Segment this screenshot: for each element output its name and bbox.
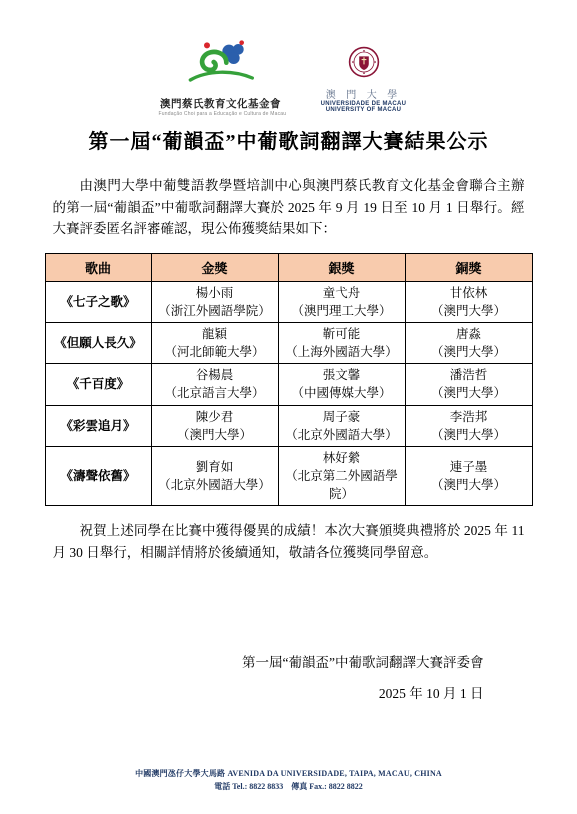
header-logos: 澳門蔡氏教育文化基金會 Fundação Choi para a Educaçã… xyxy=(0,0,577,117)
page-title: 第一屆“葡韻盃”中葡歌詞翻譯大賽結果公示 xyxy=(0,125,577,154)
winner-school: （北京語言大學） xyxy=(154,384,276,402)
silver-cell: 林好縈 （北京第二外國語學院） xyxy=(278,446,405,505)
column-header-bronze: 銅獎 xyxy=(405,253,532,281)
winner-name: 童弋舟 xyxy=(281,284,403,302)
footer-address: 中國澳門氹仔大學大馬路 AVENIDA DA UNIVERSIDADE, TAI… xyxy=(0,768,577,779)
bronze-cell: 李浩邦 （澳門大學） xyxy=(405,405,532,446)
foundation-swirl-icon xyxy=(187,75,255,92)
song-cell: 《濤聲依舊》 xyxy=(45,446,151,505)
silver-cell: 童弋舟 （澳門理工大學） xyxy=(278,281,405,322)
winner-school: （北京外國語大學） xyxy=(154,476,276,494)
intro-paragraph: 由澳門大學中葡雙語教學暨培訓中心與澳門蔡氏教育文化基金會聯合主辦的第一屆“葡韻盃… xyxy=(53,175,525,240)
page-footer: 中國澳門氹仔大學大馬路 AVENIDA DA UNIVERSIDADE, TAI… xyxy=(0,768,577,792)
winner-school: （澳門大學） xyxy=(408,426,530,444)
winner-name: 谷楊晨 xyxy=(154,366,276,384)
column-header-silver: 銀獎 xyxy=(278,253,405,281)
winner-name: 陳少君 xyxy=(154,408,276,426)
winner-school: （澳門大學） xyxy=(408,302,530,320)
winner-name: 潘浩哲 xyxy=(408,366,530,384)
gold-cell: 楊小雨 （浙江外國語學院） xyxy=(151,281,278,322)
song-cell: 《但願人長久》 xyxy=(45,323,151,364)
table-row: 《但願人長久》 龍穎 （河北師範大學） 靳可能 （上海外國語大學） 唐淼 （澳門… xyxy=(45,323,532,364)
foundation-subtitle: Fundação Choi para a Educação e Cultura … xyxy=(159,111,283,117)
column-header-gold: 金獎 xyxy=(151,253,278,281)
column-header-song: 歌曲 xyxy=(45,253,151,281)
winner-name: 周子豪 xyxy=(281,408,403,426)
winner-school: （上海外國語大學） xyxy=(281,343,403,361)
winner-school: （北京第二外國語學院） xyxy=(281,467,403,503)
footer-contacts: 電話 Tel.: 8822 8833 傳真 Fax.: 8822 8822 xyxy=(0,781,577,792)
winner-school: （北京外國語大學） xyxy=(281,426,403,444)
winner-school: （澳門大學） xyxy=(154,426,276,444)
winner-school: （中國傳媒大學） xyxy=(281,384,403,402)
signature-line: 第一屆“葡韻盃”中葡歌詞翻譯大賽評委會 xyxy=(53,651,484,671)
university-cn-name: 澳 門 大 學 xyxy=(309,86,419,101)
silver-cell: 周子豪 （北京外國語大學） xyxy=(278,405,405,446)
winner-school: （澳門大學） xyxy=(408,343,530,361)
winner-name: 張文馨 xyxy=(281,366,403,384)
results-table: 歌曲 金獎 銀獎 銅獎 《七子之歌》 楊小雨 （浙江外國語學院） 童弋舟 （澳門… xyxy=(45,253,533,506)
gold-cell: 陳少君 （澳門大學） xyxy=(151,405,278,446)
bronze-cell: 潘浩哲 （澳門大學） xyxy=(405,364,532,405)
foundation-name: 澳門蔡氏教育文化基金會 xyxy=(159,96,283,111)
table-row: 《彩雲追月》 陳少君 （澳門大學） 周子豪 （北京外國語大學） 李浩邦 （澳門大… xyxy=(45,405,532,446)
table-header-row: 歌曲 金獎 銀獎 銅獎 xyxy=(45,253,532,281)
winner-school: （澳門理工大學） xyxy=(281,302,403,320)
winner-name: 唐淼 xyxy=(408,325,530,343)
winner-name: 劉育如 xyxy=(154,458,276,476)
winner-name: 楊小雨 xyxy=(154,284,276,302)
song-cell: 《千百度》 xyxy=(45,364,151,405)
winner-school: （浙江外國語學院） xyxy=(154,302,276,320)
closing-paragraph: 祝賀上述同學在比賽中獲得優異的成績！本次大賽頒獎典禮將於 2025 年 11 月… xyxy=(53,520,525,563)
table-row: 《濤聲依舊》 劉育如 （北京外國語大學） 林好縈 （北京第二外國語學院） 連子墨… xyxy=(45,446,532,505)
winner-name: 林好縈 xyxy=(281,449,403,467)
silver-cell: 靳可能 （上海外國語大學） xyxy=(278,323,405,364)
date-line: 2025 年 10 月 1 日 xyxy=(53,682,484,702)
signature-block: 第一屆“葡韻盃”中葡歌詞翻譯大賽評委會 2025 年 10 月 1 日 xyxy=(53,651,525,702)
table-row: 《千百度》 谷楊晨 （北京語言大學） 張文馨 （中國傳媒大學） 潘浩哲 （澳門大… xyxy=(45,364,532,405)
bronze-cell: 甘依林 （澳門大學） xyxy=(405,281,532,322)
gold-cell: 谷楊晨 （北京語言大學） xyxy=(151,364,278,405)
winner-school: （河北師範大學） xyxy=(154,343,276,361)
document-body: 由澳門大學中葡雙語教學暨培訓中心與澳門蔡氏教育文化基金會聯合主辦的第一屆“葡韻盃… xyxy=(53,175,525,240)
winner-name: 靳可能 xyxy=(281,325,403,343)
document-page: 澳門蔡氏教育文化基金會 Fundação Choi para a Educaçã… xyxy=(0,0,577,814)
silver-cell: 張文馨 （中國傳媒大學） xyxy=(278,364,405,405)
gold-cell: 龍穎 （河北師範大學） xyxy=(151,323,278,364)
university-seal-icon xyxy=(348,65,380,82)
winner-school: （澳門大學） xyxy=(408,476,530,494)
winner-name: 李浩邦 xyxy=(408,408,530,426)
table-row: 《七子之歌》 楊小雨 （浙江外國語學院） 童弋舟 （澳門理工大學） 甘依林 （澳… xyxy=(45,281,532,322)
winner-name: 甘依林 xyxy=(408,284,530,302)
bronze-cell: 唐淼 （澳門大學） xyxy=(405,323,532,364)
winner-school: （澳門大學） xyxy=(408,384,530,402)
university-logo: 澳 門 大 學 UNIVERSIDADE DE MACAU UNIVERSITY… xyxy=(309,40,419,113)
document-body-lower: 祝賀上述同學在比賽中獲得優異的成績！本次大賽頒獎典禮將於 2025 年 11 月… xyxy=(53,520,525,702)
song-cell: 《七子之歌》 xyxy=(45,281,151,322)
foundation-logo: 澳門蔡氏教育文化基金會 Fundação Choi para a Educaçã… xyxy=(159,40,283,117)
winner-name: 龍穎 xyxy=(154,325,276,343)
song-cell: 《彩雲追月》 xyxy=(45,405,151,446)
gold-cell: 劉育如 （北京外國語大學） xyxy=(151,446,278,505)
university-en-name: UNIVERSITY OF MACAU xyxy=(309,107,419,113)
bronze-cell: 連子墨 （澳門大學） xyxy=(405,446,532,505)
winner-name: 連子墨 xyxy=(408,458,530,476)
